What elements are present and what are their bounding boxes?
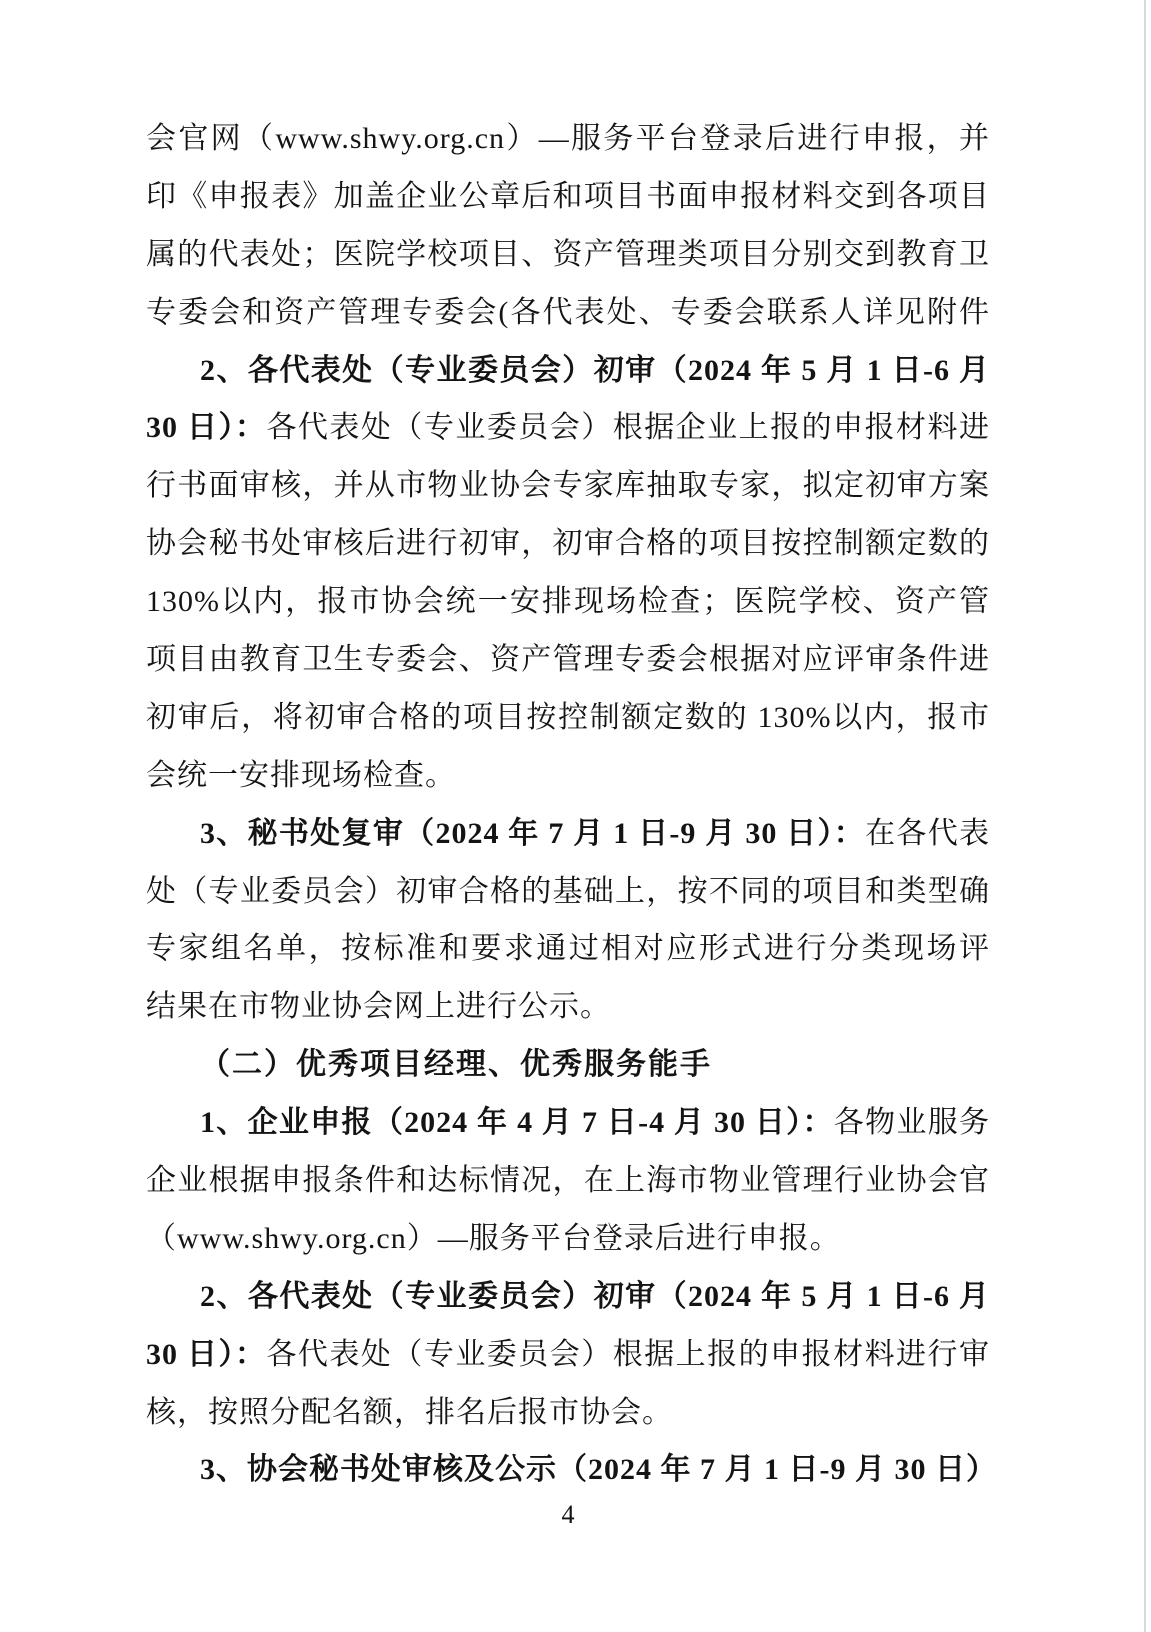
text-line: 处（专业委员会）初审合格的基础上，按不同的项目和类型确定 <box>146 863 990 921</box>
text-line: 3、秘书处复审（2024 年 7 月 1 日-9 月 30 日）：在各代表 <box>146 805 990 863</box>
text-run: 处（专业委员会）初审合格的基础上，按不同的项目和类型确定 <box>146 875 990 921</box>
text-run-bold: 3、秘书处复审（2024 年 7 月 1 日-9 月 30 日）： <box>200 817 865 850</box>
text-run: （www.shwy.org.cn）—服务平台登录后进行申报。 <box>146 1222 841 1255</box>
document-page: 会官网（www.shwy.org.cn）—服务平台登录后进行申报，并打印《申报表… <box>0 0 1151 1632</box>
text-run: 核，按照分配名额，排名后报市协会。 <box>146 1396 673 1429</box>
text-run-bold: 30 日）： <box>146 411 266 444</box>
text-line: 2、各代表处（专业委员会）初审（2024 年 5 月 1 日-6 月 <box>146 342 990 400</box>
text-line: 属的代表处；医院学校项目、资产管理类项目分别交到教育卫生 <box>146 226 990 284</box>
text-line: 项目由教育卫生专委会、资产管理专委会根据对应评审条件进行 <box>146 631 990 689</box>
text-line: 核，按照分配名额，排名后报市协会。 <box>146 1384 990 1442</box>
text-line: 1、企业申报（2024 年 4 月 7 日-4 月 30 日）：各物业服务 <box>146 1094 990 1152</box>
text-run: 各物业服务 <box>834 1106 990 1139</box>
text-run: 项目由教育卫生专委会、资产管理专委会根据对应评审条件进行 <box>146 643 990 689</box>
text-line: 初审后，将初审合格的项目按控制额定数的 130%以内，报市协 <box>146 689 990 747</box>
text-run: 企业根据申报条件和达标情况，在上海市物业管理行业协会官网 <box>146 1164 990 1210</box>
text-line: 2、各代表处（专业委员会）初审（2024 年 5 月 1 日-6 月 <box>146 1268 990 1326</box>
text-run-bold: 1、企业申报（2024 年 4 月 7 日-4 月 30 日）： <box>200 1106 834 1139</box>
text-run: 130%以内，报市协会统一安排现场检查；医院学校、资产管理类 <box>146 585 990 631</box>
text-run: 初审后，将初审合格的项目按控制额定数的 130%以内，报市协 <box>146 701 990 747</box>
text-line: 会统一安排现场检查。 <box>146 747 990 805</box>
text-run-bold: （二）优秀项目经理、优秀服务能手 <box>200 1048 712 1081</box>
text-run-bold: 2、各代表处（专业委员会）初审（2024 年 5 月 1 日-6 月 <box>200 1280 990 1313</box>
text-run: 协会秘书处审核后进行初审，初审合格的项目按控制额定数的 <box>146 527 990 560</box>
section-heading-line: （二）优秀项目经理、优秀服务能手 <box>146 1036 990 1094</box>
text-run-bold: 30 日）： <box>146 1338 266 1371</box>
text-run: 在各代表 <box>865 817 990 850</box>
page-number: 4 <box>146 1489 990 1541</box>
text-line: 协会秘书处审核后进行初审，初审合格的项目按控制额定数的 <box>146 515 990 573</box>
text-run: 各代表处（专业委员会）根据企业上报的申报材料进 <box>266 411 990 444</box>
text-line: 企业根据申报条件和达标情况，在上海市物业管理行业协会官网 <box>146 1152 990 1210</box>
text-line: 30 日）：各代表处（专业委员会）根据上报的申报材料进行审 <box>146 1326 990 1384</box>
text-run: 会官网（www.shwy.org.cn）—服务平台登录后进行申报，并打 <box>146 122 990 168</box>
text-line: 专家组名单，按标准和要求通过相对应形式进行分类现场评定。 <box>146 920 990 978</box>
text-run: 行书面审核，并从市物业协会专家库抽取专家，拟定初审方案报 <box>146 469 990 515</box>
text-run-bold: 3、协会秘书处审核及公示（2024 年 7 月 1 日-9 月 30 日） <box>200 1453 990 1486</box>
text-line: 会官网（www.shwy.org.cn）—服务平台登录后进行申报，并打 <box>146 110 990 168</box>
text-line: 30 日）：各代表处（专业委员会）根据企业上报的申报材料进 <box>146 399 990 457</box>
text-run: 印《申报表》加盖企业公章后和项目书面申报材料交到各项目所 <box>146 180 990 226</box>
text-run: 专委会和资产管理专委会(各代表处、专委会联系人详见附件 2)。 <box>146 296 990 342</box>
text-run: 属的代表处；医院学校项目、资产管理类项目分别交到教育卫生 <box>146 238 990 284</box>
text-run: 专家组名单，按标准和要求通过相对应形式进行分类现场评定。 <box>146 932 990 978</box>
text-line: 130%以内，报市协会统一安排现场检查；医院学校、资产管理类 <box>146 573 990 631</box>
text-run-bold: 2、各代表处（专业委员会）初审（2024 年 5 月 1 日-6 月 <box>200 354 990 387</box>
page-edge-line <box>1144 0 1146 1632</box>
text-run: 各代表处（专业委员会）根据上报的申报材料进行审 <box>266 1338 990 1371</box>
text-run: 结果在市物业协会网上进行公示。 <box>146 990 611 1023</box>
text-line: 结果在市物业协会网上进行公示。 <box>146 978 990 1036</box>
text-run: 会统一安排现场检查。 <box>146 759 456 792</box>
text-line: 行书面审核，并从市物业协会专家库抽取专家，拟定初审方案报 <box>146 457 990 515</box>
text-line: 印《申报表》加盖企业公章后和项目书面申报材料交到各项目所 <box>146 168 990 226</box>
document-body-text: 会官网（www.shwy.org.cn）—服务平台登录后进行申报，并打印《申报表… <box>146 110 990 1499</box>
text-line: （www.shwy.org.cn）—服务平台登录后进行申报。 <box>146 1210 990 1268</box>
text-line: 专委会和资产管理专委会(各代表处、专委会联系人详见附件 2)。 <box>146 284 990 342</box>
